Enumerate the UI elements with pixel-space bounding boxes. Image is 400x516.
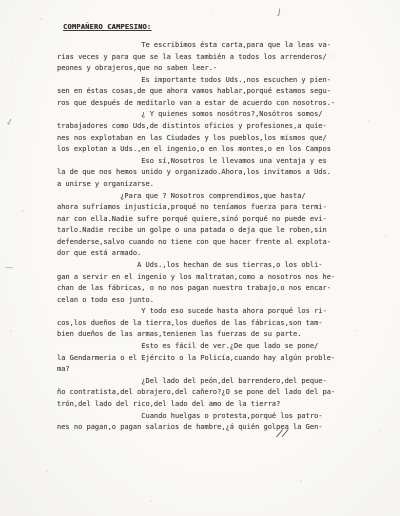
text-line: dor que está armado.: [57, 248, 387, 260]
text-line: ¿Para que ? Nosotros comprendimos,que ha…: [57, 191, 387, 203]
text-line: celan o todo eso junto.: [57, 295, 387, 307]
text-line: tarlo.Nadie recibe un golpe o una patada…: [57, 225, 387, 237]
text-line: los explotan a Uds.,en el ingenio,o en l…: [57, 144, 387, 156]
page-continuation-mark: //: [275, 429, 289, 439]
text-line: A Uds.,los hechan de sus tierras,o los o…: [57, 260, 387, 272]
margin-dash-mark: —: [5, 263, 12, 272]
text-line: la de que nos hemos unido y organizado.A…: [57, 167, 387, 179]
text-line: Esto es fácil de ver.¿De que lado se pon…: [57, 341, 387, 353]
text-line: ¿Del lado del peón,del barrendero,del pe…: [57, 376, 387, 388]
text-line: Cuando huelgas o protesta,porqué los pat…: [57, 411, 387, 423]
margin-check-mark: ✓: [5, 117, 14, 128]
text-line: cos,los dueños de la tierra,los dueños d…: [57, 318, 387, 330]
text-line: a unirse y organizarse.: [57, 179, 387, 191]
text-line: rias veces y para que se la leas también…: [57, 52, 387, 64]
text-line: Es importante todos Uds.,nos escuchen y …: [57, 75, 387, 87]
text-line: ¿ Y quienes somos nosótros?,Nosótros som…: [57, 109, 387, 121]
text-line: defenderse,salvo cuando no tiene con que…: [57, 237, 387, 249]
handwritten-stray-mark: ȷ: [277, 6, 281, 17]
text-line: Te escribimos ésta carta,para que la lea…: [57, 40, 387, 52]
paper-noise: [0, 0, 2, 2]
text-line: ño contratista,del obrajero,del cañero?¿…: [57, 387, 387, 399]
text-line: la Gendarmeria o el Ejército o la Policí…: [57, 353, 387, 365]
text-line: trón,del lado del rico,del lado del amo …: [57, 399, 387, 411]
text-line: nar con ella.Nadie sufre porqué quiere,s…: [57, 214, 387, 226]
text-line: trabajadores como Uds,de distintos ofici…: [57, 121, 387, 133]
text-line: chan de las fábricas, o no nos pagan nue…: [57, 283, 387, 295]
text-line: nes no pagan,o pagan salarios de hambre,…: [57, 422, 387, 434]
text-line: Eso sí,Nosotros le llevamos una ventaja …: [57, 156, 387, 168]
text-line: ahora sufríamos injusticia,proqué no ten…: [57, 202, 387, 214]
text-line: ma?: [57, 364, 387, 376]
document-body: Te escribimos ésta carta,para que la lea…: [57, 40, 387, 434]
text-line: peones y obrajeros,que no saben leer.-: [57, 63, 387, 75]
text-line: nes nos explotaban en las Ciudades y los…: [57, 133, 387, 145]
text-line: sen en éstas cosas,de que ahora vamos ha…: [57, 86, 387, 98]
document-title: COMPAÑERO CAMPESINO:: [63, 23, 151, 31]
text-line: gan a servir en el ingenio y los maltrat…: [57, 272, 387, 284]
scanned-typewritten-letter: COMPAÑERO CAMPESINO: Te escribimos ésta …: [0, 0, 400, 516]
text-line: bien dueños de las armas,tenienen las fu…: [57, 329, 387, 341]
text-line: ros que después de meditarlo van a estar…: [57, 98, 387, 110]
text-line: Y todo eso sucede hasta ahora porqué los…: [57, 306, 387, 318]
